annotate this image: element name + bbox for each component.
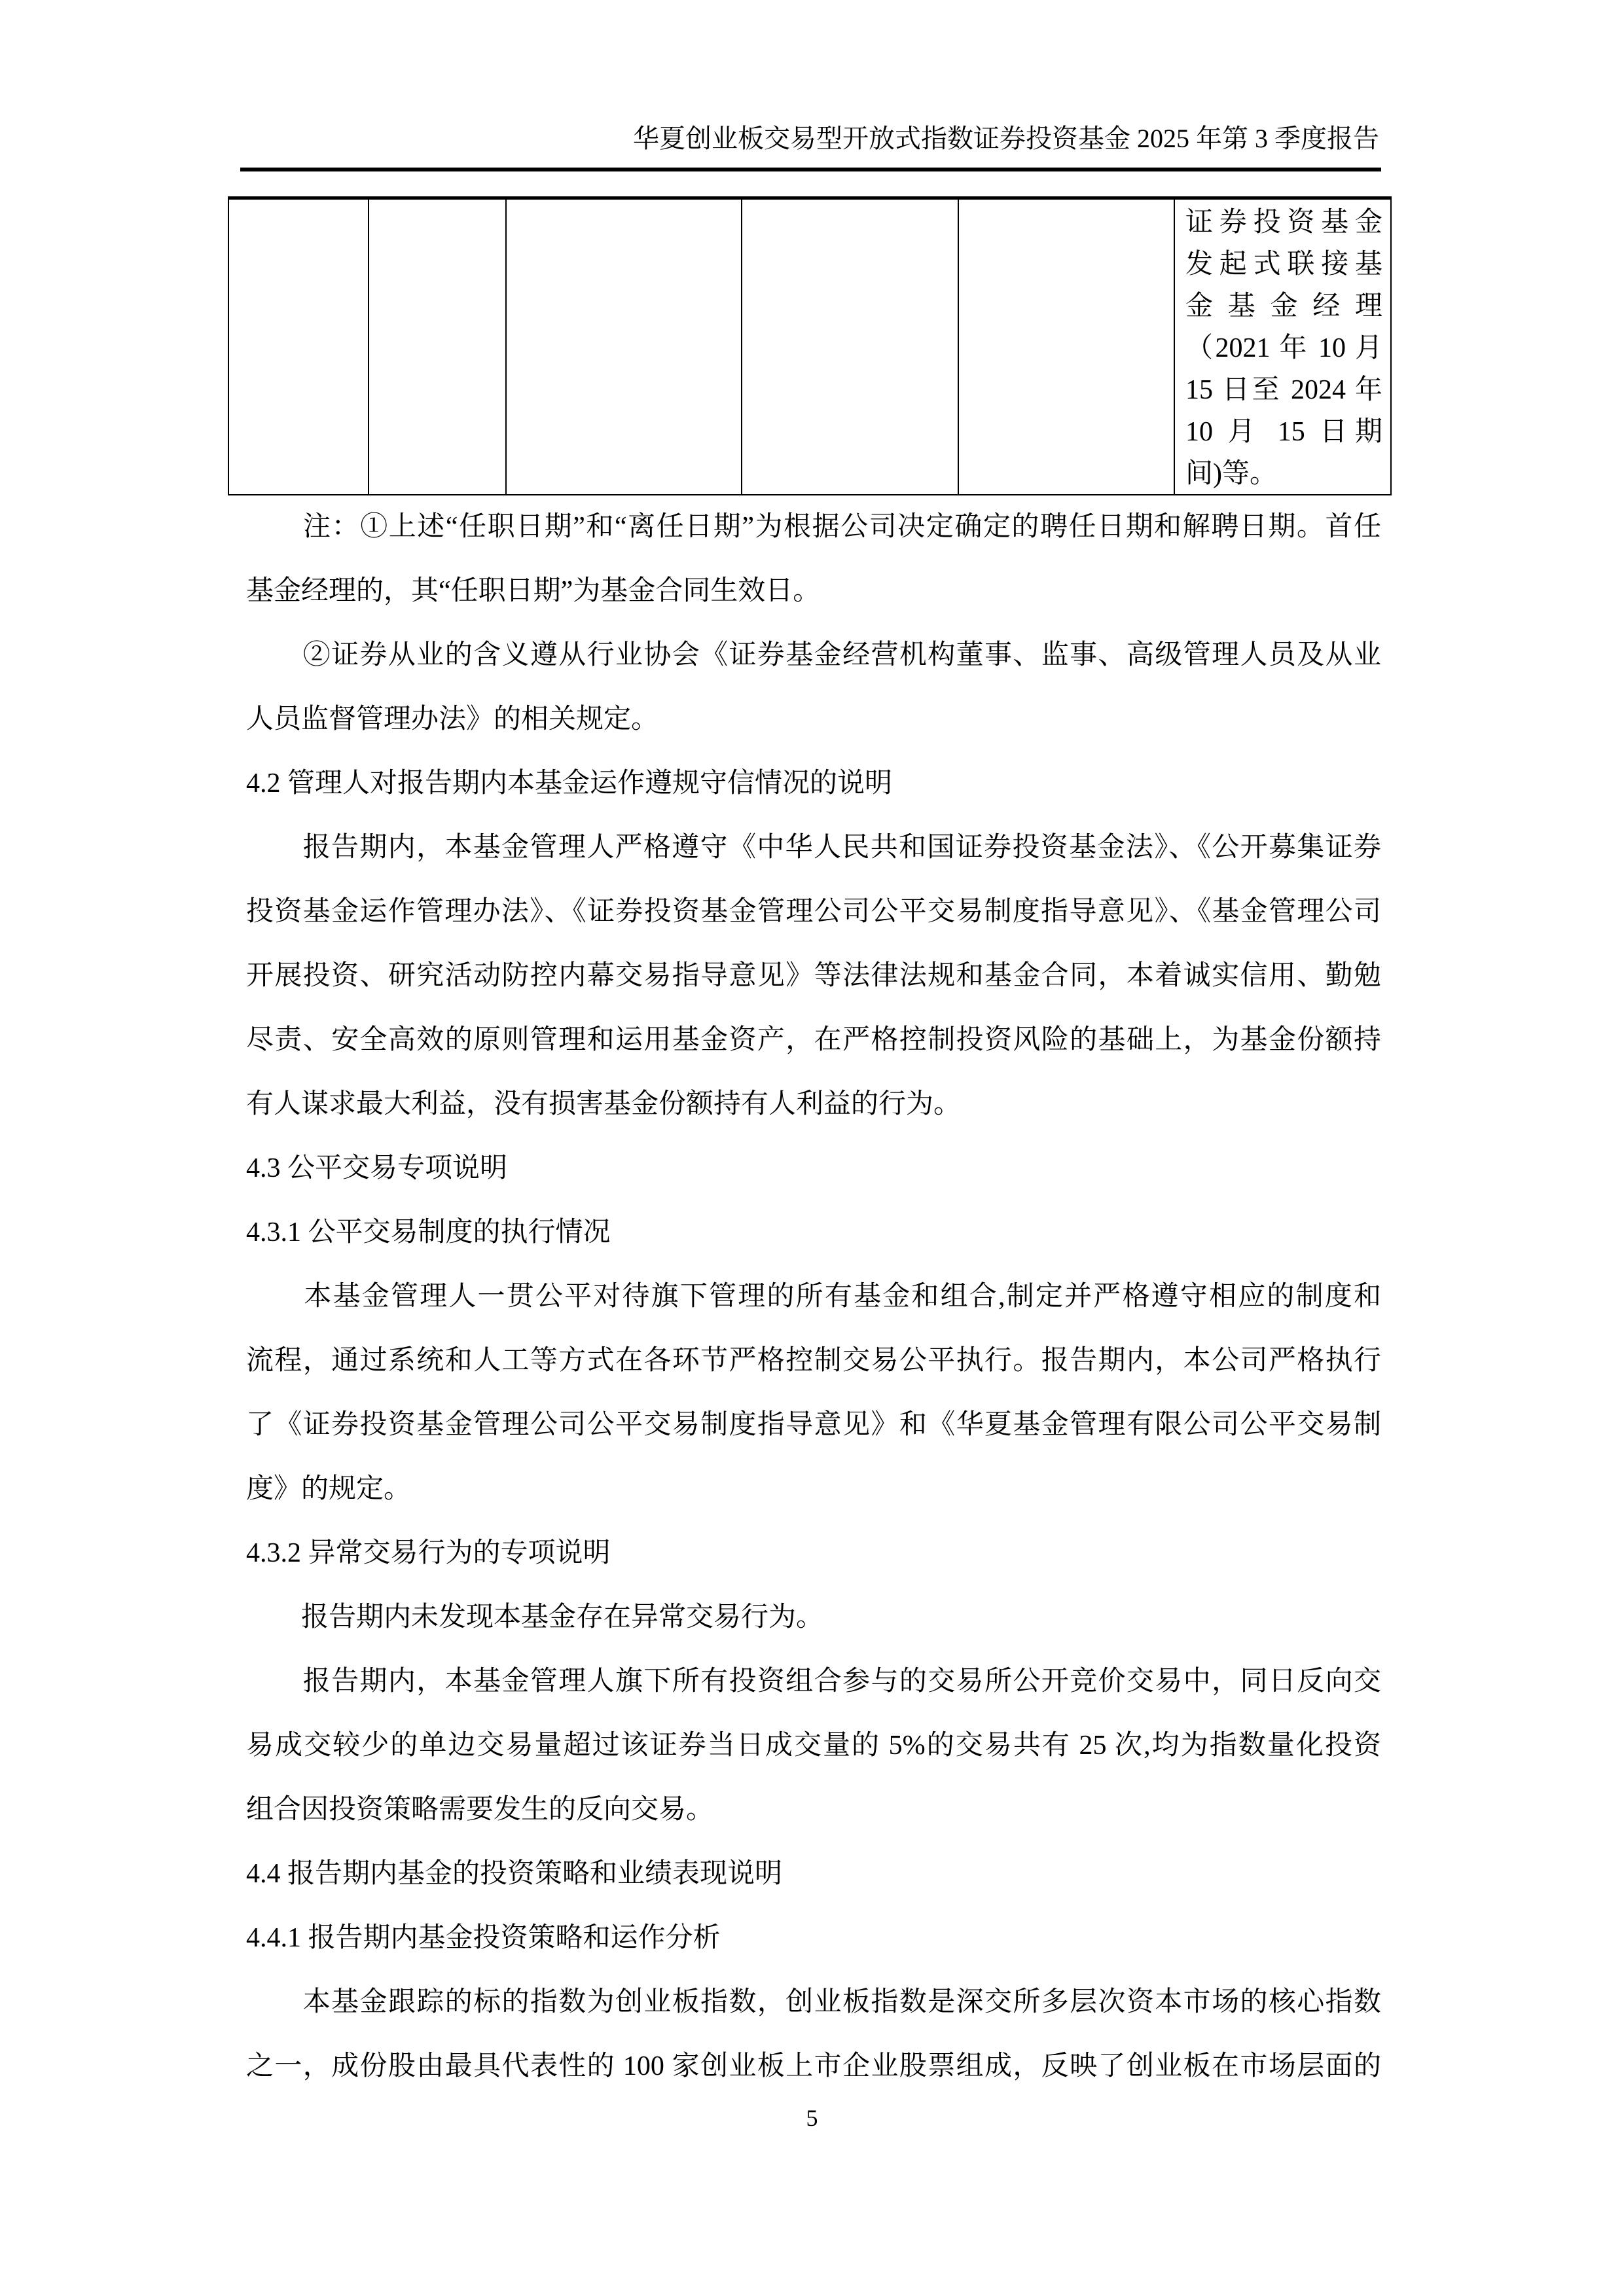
table-cell-line: 间)等。: [1185, 453, 1382, 495]
header-rule: [240, 168, 1381, 171]
page: 华夏创业板交易型开放式指数证券投资基金 2025 年第 3 季度报告 证券投资基…: [0, 0, 1624, 2296]
note-line: 注：①上述“任职日期”和“离任日期”为根据公司决定确定的聘任日期和解聘日期。首任: [246, 495, 1381, 559]
section-heading-4-3-2: 4.3.2 异常交易行为的专项说明: [246, 1521, 1381, 1585]
table-column-divider: [958, 200, 959, 494]
table-cell-line: 15 日至 2024 年: [1185, 369, 1382, 411]
paragraph-line: 组合因投资策略需要发生的反向交易。: [246, 1778, 1381, 1842]
paragraph-line: 了《证券投资基金管理公司公平交易制度指导意见》和《华夏基金管理有限公司公平交易制: [246, 1393, 1381, 1457]
note-line: 人员监督管理办法》的相关规定。: [246, 687, 1381, 751]
paragraph-line: 报告期内，本基金管理人严格遵守《中华人民共和国证券投资基金法》、《公开募集证券: [246, 816, 1381, 880]
body-text: 注：①上述“任职日期”和“离任日期”为根据公司决定确定的聘任日期和解聘日期。首任…: [246, 495, 1381, 2098]
section-heading-4-3: 4.3 公平交易专项说明: [246, 1136, 1381, 1200]
paragraph-line: 开展投资、研究活动防控内幕交易指导意见》等法律法规和基金合同，本着诚实信用、勤勉: [246, 944, 1381, 1008]
note-line: 基金经理的，其“任职日期”为基金合同生效日。: [246, 559, 1381, 623]
table-column-divider: [1174, 200, 1175, 494]
table-cell-line: 发起式联接基: [1185, 243, 1382, 285]
table-cell-remark: 证券投资基金 发起式联接基 金基金经理 （2021 年 10 月 15 日至 2…: [1185, 202, 1382, 495]
table-column-divider: [505, 200, 507, 494]
paragraph-line: 尽责、安全高效的原则管理和运用基金资产，在严格控制投资风险的基础上，为基金份额持: [246, 1008, 1381, 1072]
paragraph-line: 本基金管理人一贯公平对待旗下管理的所有基金和组合,制定并严格遵守相应的制度和: [246, 1265, 1381, 1329]
paragraph-line: 本基金跟踪的标的指数为创业板指数，创业板指数是深交所多层次资本市场的核心指数: [246, 1970, 1381, 2034]
section-heading-4-4: 4.4 报告期内基金的投资策略和业绩表现说明: [246, 1842, 1381, 1906]
table-cell-line: （2021 年 10 月: [1185, 327, 1382, 369]
paragraph-line: 投资基金运作管理办法》、《证券投资基金管理公司公平交易制度指导意见》、《基金管理…: [246, 880, 1381, 944]
fund-manager-table-fragment: 证券投资基金 发起式联接基 金基金经理 （2021 年 10 月 15 日至 2…: [228, 196, 1392, 495]
document-header-title: 华夏创业板交易型开放式指数证券投资基金 2025 年第 3 季度报告: [633, 122, 1379, 156]
table-cell-line: 10 月 15 日期: [1185, 411, 1382, 453]
paragraph-line: 报告期内，本基金管理人旗下所有投资组合参与的交易所公开竞价交易中，同日反向交: [246, 1649, 1381, 1713]
table-cell-line: 证券投资基金: [1185, 202, 1382, 243]
section-heading-4-4-1: 4.4.1 报告期内基金投资策略和运作分析: [246, 1906, 1381, 1970]
table-column-divider: [368, 200, 369, 494]
page-number: 5: [0, 2094, 1624, 2142]
paragraph-line: 流程，通过系统和人工等方式在各环节严格控制交易公平执行。报告期内，本公司严格执行: [246, 1329, 1381, 1393]
paragraph-line: 度》的规定。: [246, 1457, 1381, 1521]
table-column-divider: [741, 200, 742, 494]
section-heading-4-3-1: 4.3.1 公平交易制度的执行情况: [246, 1200, 1381, 1265]
section-heading-4-2: 4.2 管理人对报告期内本基金运作遵规守信情况的说明: [246, 751, 1381, 816]
paragraph-line: 易成交较少的单边交易量超过该证券当日成交量的 5%的交易共有 25 次,均为指数…: [246, 1713, 1381, 1778]
note-line: ②证券从业的含义遵从行业协会《证券基金经营机构董事、监事、高级管理人员及从业: [246, 623, 1381, 687]
paragraph-line: 报告期内未发现本基金存在异常交易行为。: [246, 1585, 1381, 1649]
table-cell-line: 金基金经理: [1185, 285, 1382, 327]
paragraph-line: 之一，成份股由最具代表性的 100 家创业板上市企业股票组成，反映了创业板在市场…: [246, 2034, 1381, 2098]
paragraph-line: 有人谋求最大利益，没有损害基金份额持有人利益的行为。: [246, 1072, 1381, 1136]
